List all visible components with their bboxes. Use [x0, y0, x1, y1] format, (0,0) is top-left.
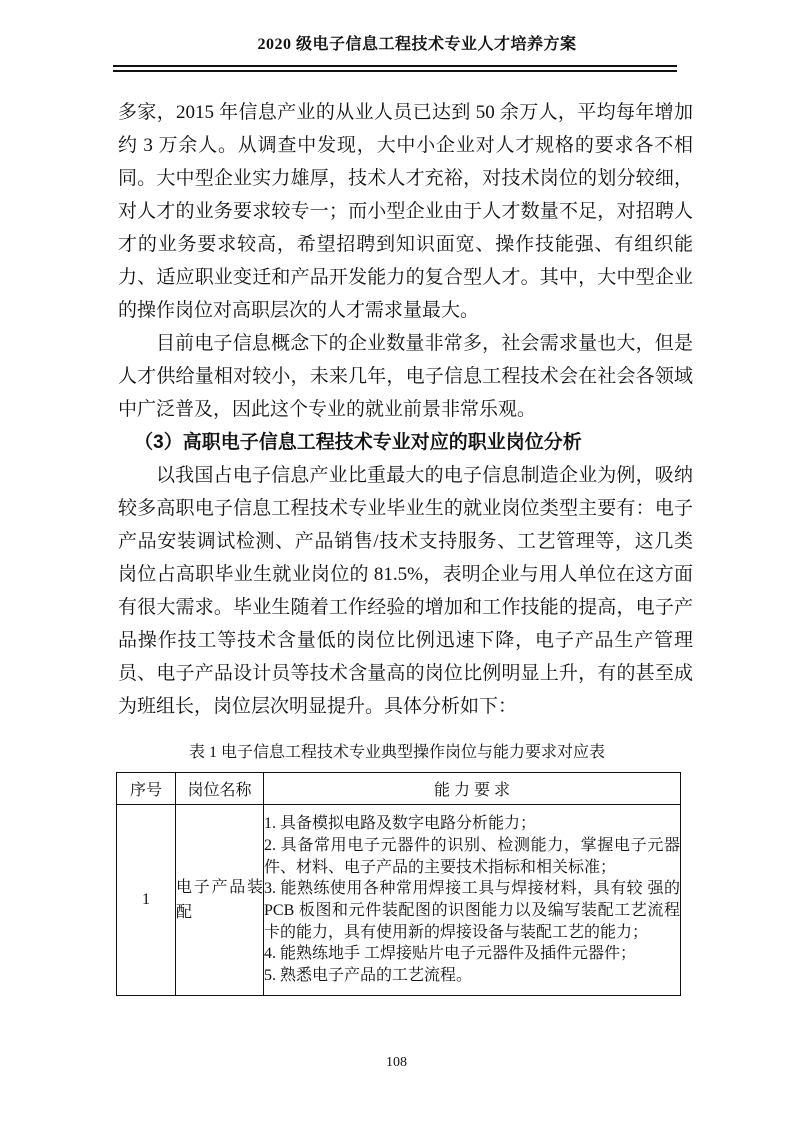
table-header-seq: 序号: [117, 773, 176, 805]
table-head: 序号 岗位名称 能 力 要 求: [117, 773, 681, 805]
paragraph-continuation: 多家，2015 年信息产业的从业人员已达到 50 余万人，平均每年增加约 3 万…: [118, 96, 693, 327]
page-footer: 108: [0, 1055, 793, 1071]
page-number: 108: [386, 1055, 407, 1070]
table-header-row: 序号 岗位名称 能 力 要 求: [117, 773, 681, 805]
requirement-item: 4. 能熟练地手 工焊接贴片电子元器件及插件元器件；: [264, 943, 680, 965]
requirement-item: 1. 具备模拟电路及数字电路分析能力；: [264, 813, 680, 835]
document-page: 2020 级电子信息工程技术专业人才培养方案 多家，2015 年信息产业的从业人…: [0, 0, 793, 1122]
paragraph: 以我国占电子信息产业比重最大的电子信息制造企业为例，吸纳较多高职电子信息工程技术…: [118, 459, 693, 723]
cell-requirements: 1. 具备模拟电路及数字电路分析能力； 2. 具备常用电子元器件的识别、检测能力…: [264, 805, 681, 996]
paragraph: 目前电子信息概念下的企业数量非常多，社会需求量也大，但是人才供给量相对较小，未来…: [118, 327, 693, 426]
table-body: 1 电子产品装配 1. 具备模拟电路及数字电路分析能力； 2. 具备常用电子元器…: [117, 805, 681, 996]
requirement-item: 3. 能熟练使用各种常用焊接工具与焊接材料，具有较 强的PCB 板图和元件装配图…: [264, 878, 680, 943]
positions-ability-table: 序号 岗位名称 能 力 要 求 1 电子产品装配 1. 具备模拟电路及数字电路分…: [116, 772, 681, 996]
requirement-item: 2. 具备常用电子元器件的识别、检测能力，掌握电子元器件、材料、电子产品的主要技…: [264, 835, 680, 878]
table-header-position: 岗位名称: [176, 773, 264, 805]
section-heading: （3）高职电子信息工程技术专业对应的职业岗位分析: [118, 426, 693, 459]
table-row: 1 电子产品装配 1. 具备模拟电路及数字电路分析能力； 2. 具备常用电子元器…: [117, 805, 681, 996]
requirement-item: 5. 熟悉电子产品的工艺流程。: [264, 965, 680, 987]
document-body: 多家，2015 年信息产业的从业人员已达到 50 余万人，平均每年增加约 3 万…: [118, 96, 693, 723]
cell-seq-number: 1: [117, 805, 176, 996]
header-double-rule: [113, 65, 677, 72]
header-title: 2020 级电子信息工程技术专业人才培养方案: [135, 31, 699, 54]
table-caption: 表 1 电子信息工程技术专业典型操作岗位与能力要求对应表: [113, 739, 681, 762]
cell-position-name: 电子产品装配: [176, 805, 264, 996]
table-header-requirements: 能 力 要 求: [264, 773, 681, 805]
